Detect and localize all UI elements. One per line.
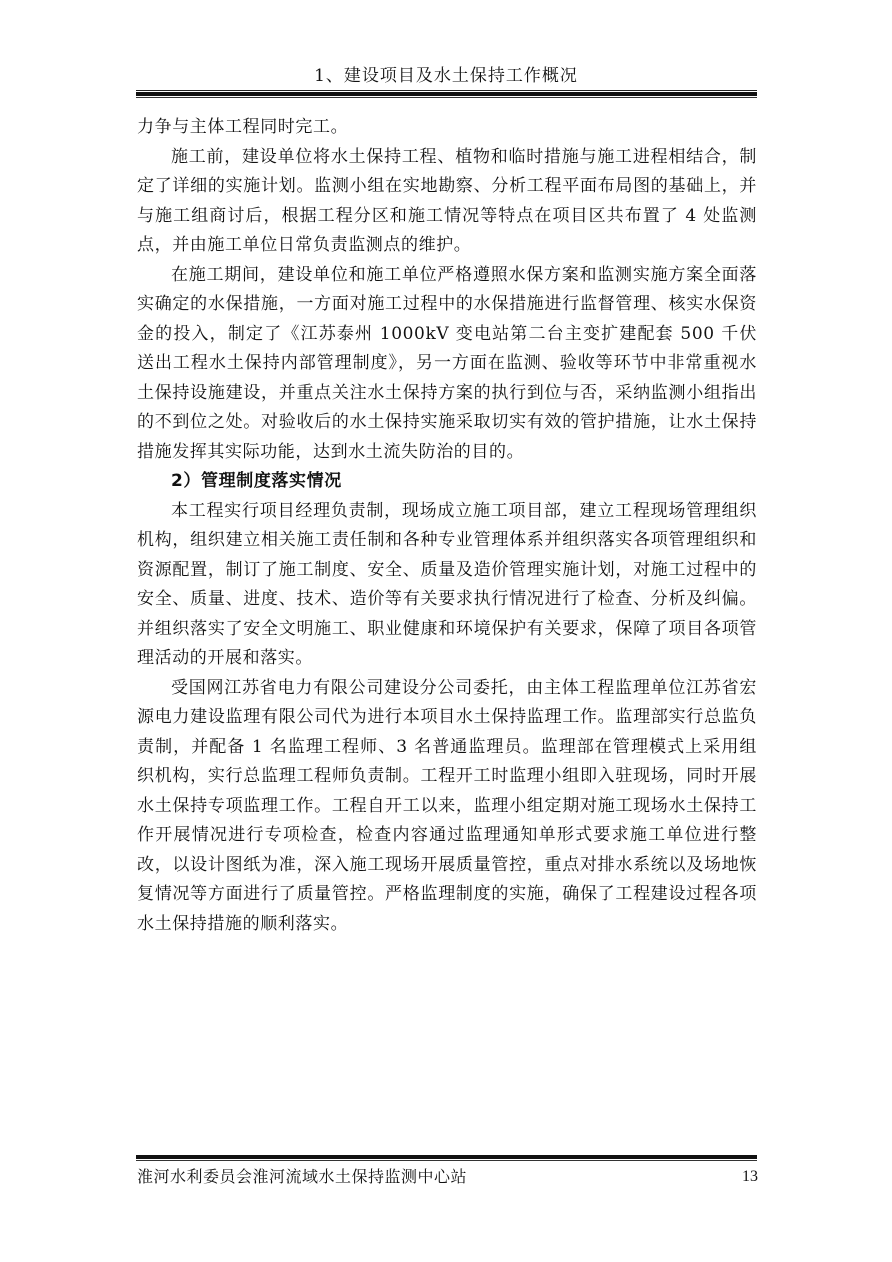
footer-organization: 淮河水利委员会淮河流域水土保持监测中心站 (137, 1166, 467, 1188)
footer-rule-thick (136, 1155, 757, 1159)
document-page: 1、建设项目及水土保持工作概况 力争与主体工程同时完工。 施工前，建设单位将水土… (0, 0, 892, 1262)
header-rule-thin-bottom (136, 97, 757, 98)
body-text: 力争与主体工程同时完工。 施工前，建设单位将水土保持工程、植物和临时措施与施工进… (137, 113, 757, 939)
page-number: 13 (742, 1166, 758, 1188)
header-rule-thick (136, 92, 757, 96)
running-header-title: 1、建设项目及水土保持工作概况 (136, 64, 756, 88)
paragraph-supervision: 受国网江苏省电力有限公司建设分公司委托，由主体工程监理单位江苏省宏源电力建设监理… (137, 674, 757, 940)
paragraph-construction-period: 在施工期间，建设单位和施工单位严格遵照水保方案和监测实施方案全面落实确定的水保措… (137, 261, 757, 468)
footer-rule-thin (136, 1160, 757, 1161)
paragraph-continuation: 力争与主体工程同时完工。 (137, 113, 757, 143)
header-rule-thin-top (136, 90, 757, 91)
paragraph-project-management: 本工程实行项目经理负责制，现场成立施工项目部，建立工程现场管理组织机构，组织建立… (137, 497, 757, 674)
footer-rule (136, 1155, 757, 1163)
paragraph-construction-plan: 施工前，建设单位将水土保持工程、植物和临时措施与施工进程相结合，制定了详细的实施… (137, 143, 757, 261)
header-rule (136, 90, 757, 99)
section-heading: 2）管理制度落实情况 (137, 467, 757, 497)
